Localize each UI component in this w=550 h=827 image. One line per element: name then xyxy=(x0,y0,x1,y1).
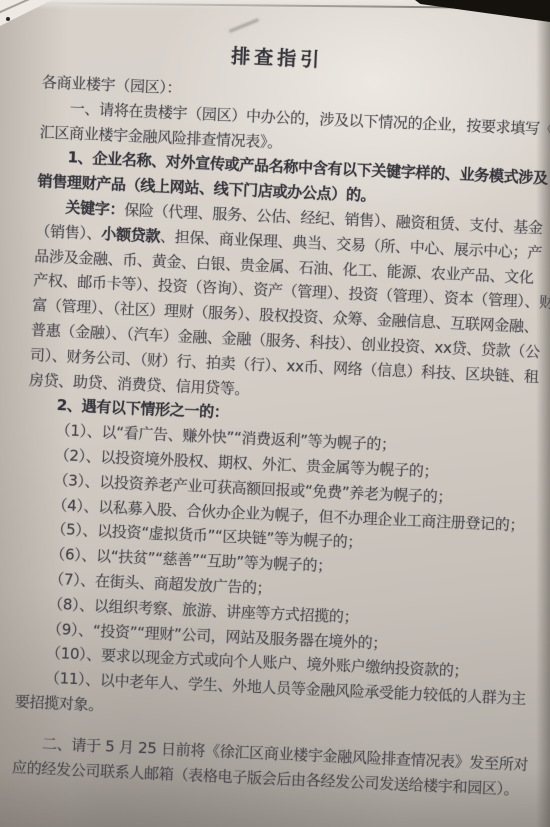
document-lines: 各商业楼宇（园区）：一、请将在贵楼宇（园区）中办公的，涉及以下情况的企业，按要求… xyxy=(11,70,544,802)
photo-backdrop: 排查指引 各商业楼宇（园区）：一、请将在贵楼宇（园区）中办公的，涉及以下情况的企… xyxy=(0,0,550,827)
document-body: 排查指引 各商业楼宇（园区）：一、请将在贵楼宇（园区）中办公的，涉及以下情况的企… xyxy=(11,34,545,801)
smudge-mark xyxy=(229,18,260,33)
paper-sheet: 排查指引 各商业楼宇（园区）：一、请将在贵楼宇（园区）中办公的，涉及以下情况的企… xyxy=(0,0,550,827)
backdrop-corner-top-right xyxy=(415,0,550,22)
ink-speck xyxy=(6,17,10,21)
